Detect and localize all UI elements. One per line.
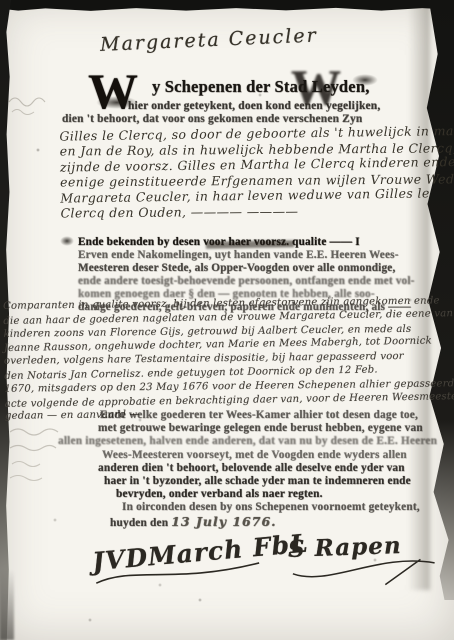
manuscript-intro-block: Gilles le Clercq, so door de geboorte al… [59, 123, 430, 222]
signature-flourish-icon [288, 557, 439, 592]
signature-right: S Rapen [288, 532, 402, 563]
handwritten-title: Margareta Ceucler [100, 22, 371, 56]
bleed-through-marks [8, 424, 68, 484]
ink-blot [96, 96, 138, 109]
scan-border-top [0, 0, 454, 14]
printed-line: Erven ende Nakomelingen, uyt handen vand… [78, 249, 418, 262]
printed-line: anderen dien 't behoort, belovende alle … [98, 462, 430, 475]
printed-line: bevryden, onder verband als naer regten. [116, 488, 430, 501]
margin-pencil-scribble [6, 92, 56, 118]
printed-line: Ende welke goederen ter Wees-Kamer alhie… [100, 409, 430, 422]
manuscript-line: eenige geinstitueerde Erfgenamen van wij… [60, 171, 430, 189]
manuscript-line: en Jan de Roy, als in huwelijck hebbende… [60, 140, 430, 158]
manuscript-insert-block: Comparanten in qualite voorsz. bij den l… [3, 293, 454, 425]
scanned-document-page: Margareta Ceucler W W y Schepenen der St… [0, 0, 454, 640]
header-subline-1: hier onder geteykent, doen kond eenen ye… [128, 100, 380, 112]
ink-blot [352, 74, 378, 86]
printed-line: ende andere toesigt-behoevende persoonen… [78, 275, 418, 288]
manuscript-line: Clercq den Ouden, ———— ———— [60, 203, 430, 221]
date-handwritten: 13 July 1676. [171, 514, 276, 529]
printed-line: haer in 't byzonder, alle schade yder ma… [104, 475, 430, 488]
printed-line: met getrouwe bewaringe gelegen ende beru… [98, 422, 430, 435]
printed-paragraph-2: Ende welke goederen ter Wees-Kamer alhie… [58, 409, 430, 530]
date-line-printed: huyden den [110, 517, 168, 529]
header-title-line: y Schepenen der Stad Leyden, [152, 77, 370, 97]
printed-line: allen ingesetenen, halven ende anderen, … [58, 435, 430, 448]
header-subline-2: dien 't behoort, dat voor ons gekomen en… [62, 113, 362, 125]
printed-line: Wees-Meesteren voorseyt, met de Voogden … [102, 449, 430, 462]
ink-blot [60, 236, 74, 246]
printed-line: Meesteren deser Stede, als Opper-Voogden… [78, 262, 418, 275]
signature-left: JVDMarch FbL [91, 529, 310, 577]
date-line: huyden den 13 July 1676. [110, 515, 430, 530]
